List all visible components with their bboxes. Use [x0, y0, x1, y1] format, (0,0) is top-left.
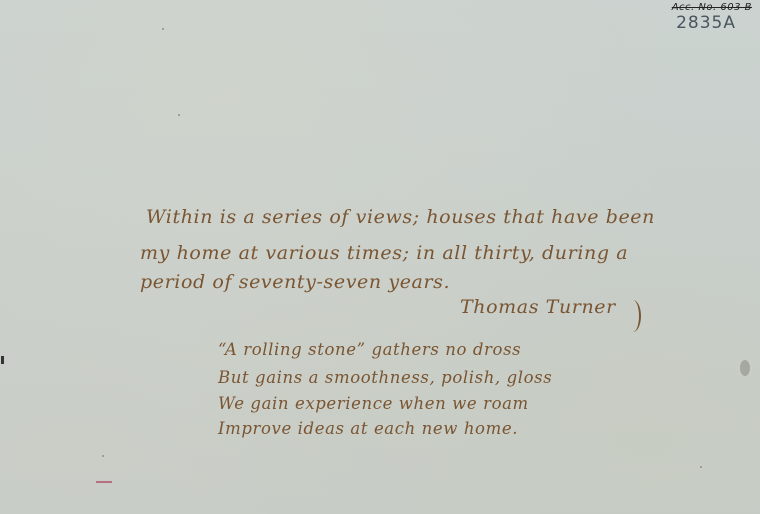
signature-flourish: [625, 300, 641, 332]
paragraph-line-2: my home at various times; in all thirty,…: [140, 242, 628, 264]
paper-speck: [162, 28, 164, 30]
edge-mark: [1, 356, 4, 364]
paper-speck: [700, 466, 702, 468]
signature: Thomas Turner: [460, 296, 616, 318]
paper-stain: [740, 360, 750, 376]
poem-line-4: Improve ideas at each new home.: [218, 419, 518, 438]
catalog-number-block: Acc. No. 603 B 2835A: [664, 2, 754, 33]
catalog-number: 2835A: [664, 13, 736, 33]
poem-line-3: We gain experience when we roam: [218, 394, 529, 413]
poem-line-1: “A rolling stone” gathers no dross: [218, 340, 521, 359]
paper-speck: [102, 455, 104, 457]
red-pencil-mark: [96, 481, 112, 483]
paper-speck: [178, 114, 180, 116]
poem-line-2: But gains a smoothness, polish, gloss: [218, 368, 552, 387]
paragraph-line-1: Within is a series of views; houses that…: [146, 206, 655, 228]
struck-catalog-number: Acc. No. 603 B: [664, 2, 752, 13]
paragraph-line-3: period of seventy-seven years.: [140, 271, 450, 293]
